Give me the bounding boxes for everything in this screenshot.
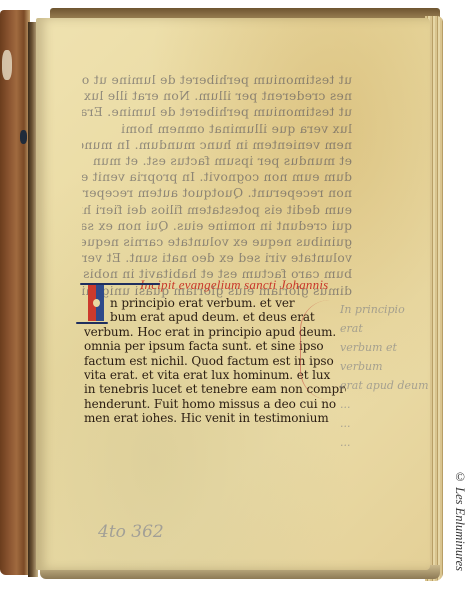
showthrough-line: ut testimonium perhiberet de lumine. Era… [82,104,352,120]
showthrough-text: ut testimonium perhiberet de lumine ut o… [82,72,352,299]
text-line: henderunt. Fuit homo missus a deo cui no [84,397,346,411]
showthrough-line: guinibus neque ex voluntate carnis neque… [82,234,352,250]
showthrough-line: lux vera que illuminat omnem homi [82,121,352,137]
text-line: n principio erat verbum. et ver [84,296,346,310]
showthrough-line: voluntate viri sed ex deo nati sunt. Et … [82,250,352,266]
pencil-line: ... [340,433,430,452]
spine-hole [20,130,27,144]
pencil-line: ... [340,395,430,414]
showthrough-line: et mundus per ipsum factus est. et mun [82,153,352,169]
showthrough-line: nes crederent per illum. Non erat ille l… [82,88,352,104]
text-line: men erat iohes. Hic venit in testimonium [84,411,346,425]
spine-wear-patch [2,50,12,80]
showthrough-line: ut testimonium perhiberet de lumine ut o… [82,72,352,88]
pencil-shelfmark: 4to 362 [98,522,164,542]
copyright-notice: © Les Enluminures [452,470,467,571]
manuscript-photo: ut testimonium perhiberet de lumine ut o… [0,0,474,600]
showthrough-line: dum eum non cognovit. In propria venit e… [82,169,352,185]
pencil-marginalia: In principio erat verbum et verbum erat … [340,300,430,452]
showthrough-line: eum dedit eis potestatem filios dei fier… [82,202,352,218]
pencil-line: erat apud deum [340,376,430,395]
pencil-line: verbum et verbum [340,338,430,376]
rubric-heading: Incipit evangelium sancti Johannis [140,277,328,293]
pencil-line: ... [340,414,430,433]
showthrough-line: nem venientem in hunc mundum. In mundo e… [82,137,352,153]
showthrough-line: non receperunt. Quotquot autem receperun… [82,185,352,201]
book-spine [0,10,30,575]
pencil-line: In principio erat [340,300,430,338]
showthrough-line: qui credunt in nomine eius. Qui non ex s… [82,218,352,234]
